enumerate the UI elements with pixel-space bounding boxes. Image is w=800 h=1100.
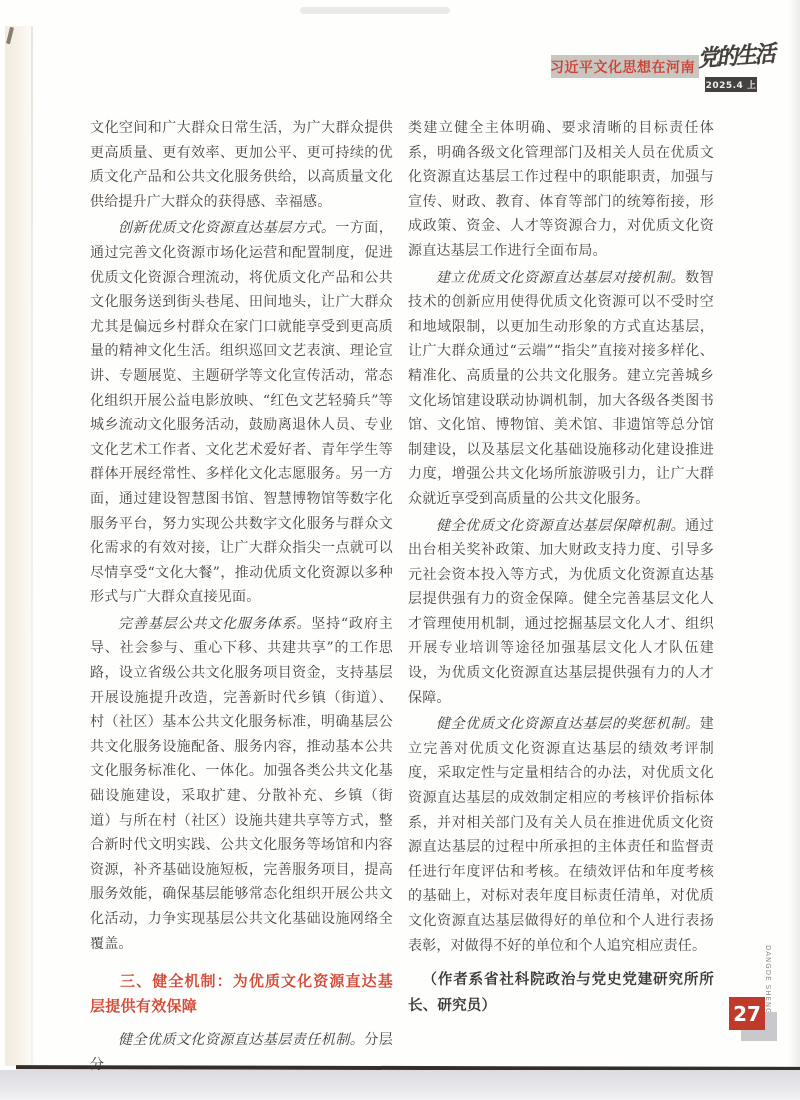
section-title: 习近平文化思想在河南 [550, 57, 695, 77]
magazine-logo: 党的生活 [697, 37, 765, 76]
page-number: 27 [729, 997, 765, 1030]
paragraph: 健全优质文化资源直达基层保障机制。通过出台相关奖补政策、加大财政支持力度、引导多… [408, 514, 714, 711]
scan-left-crease [31, 26, 33, 1066]
scan-left-paper-edge [5, 26, 32, 1066]
scan-bottom-background [0, 1070, 800, 1100]
paragraph-lead: 健全优质文化资源直达基层保障机制。 [436, 518, 685, 534]
paragraph: 文化空间和广大群众日常生活，为广大群众提供更高质量、更有效率、更加公平、更可持续… [90, 116, 393, 214]
paragraph-text: 通过出台相关奖补政策、加大财政支持力度、引导多元社会资本投入等方式，为优质文化资… [408, 518, 714, 706]
paragraph-lead: 创新优质文化资源直达基层方式。 [118, 220, 335, 236]
paragraph-text: 坚持“政府主导、社会参与、重心下移、共建共享”的工作思路，设立省级公共文化服务项… [90, 616, 393, 952]
paragraph-lead: 完善基层公共文化服务体系。 [118, 616, 311, 632]
paragraph-lead: 健全优质文化资源直达基层的奖惩机制。 [436, 716, 700, 732]
article-right-column: 类建立健全主体明确、要求清晰的目标责任体系，明确各级文化管理部门及相关人员在优质… [408, 116, 714, 1034]
paragraph-text: 类建立健全主体明确、要求清晰的目标责任体系，明确各级文化管理部门及相关人员在优质… [408, 120, 714, 259]
paragraph-lead: 建立优质文化资源直达基层对接机制。 [436, 270, 685, 286]
section-heading: 三、健全机制：为优质文化资源直达基层提供有效保障 [90, 969, 393, 1019]
scan-top-smudge [300, 7, 450, 14]
scan-right-shadow [788, 0, 800, 1068]
paragraph-lead: 健全优质文化资源直达基层责任机制。 [118, 1032, 364, 1048]
issue-date-badge: 2025.4 上 [705, 77, 757, 92]
paragraph: 完善基层公共文化服务体系。坚持“政府主导、社会参与、重心下移、共建共享”的工作思… [90, 612, 393, 956]
paragraph: 建立优质文化资源直达基层对接机制。数智技术的创新应用使得优质文化资源可以不受时空… [408, 266, 714, 512]
author-byline: （作者系省社科院政治与党史党建研究所所长、研究员） [408, 968, 714, 1019]
paragraph-text: 建立完善对优质文化资源直达基层的绩效考评制度，采取定性与定量相结合的办法，对优质… [408, 716, 714, 953]
article-left-column: 文化空间和广大群众日常生活，为广大群众提供更高质量、更有效率、更加公平、更可持续… [90, 116, 393, 1079]
paragraph-text: 文化空间和广大群众日常生活，为广大群众提供更高质量、更有效率、更加公平、更可持续… [90, 120, 393, 210]
paragraph: 健全优质文化资源直达基层的奖惩机制。建立完善对优质文化资源直达基层的绩效考评制度… [408, 712, 714, 958]
paragraph-text: 一方面，通过完善文化资源市场化运营和配置制度，促进优质文化资源合理流动，将优质文… [90, 220, 393, 605]
scanned-magazine-page: 习近平文化思想在河南 党的生活 2025.4 上 文化空间和广大群众日常生活，为… [0, 0, 800, 1100]
header-section-bar: 习近平文化思想在河南 [551, 55, 699, 78]
paragraph-text: 数智技术的创新应用使得优质文化资源可以不受时空和地域限制，以更加生动形象的方式直… [408, 270, 714, 507]
paragraph: 类建立健全主体明确、要求清晰的目标责任体系，明确各级文化管理部门及相关人员在优质… [408, 116, 714, 264]
paragraph: 创新优质文化资源直达基层方式。一方面，通过完善文化资源市场化运营和配置制度，促进… [90, 216, 393, 610]
